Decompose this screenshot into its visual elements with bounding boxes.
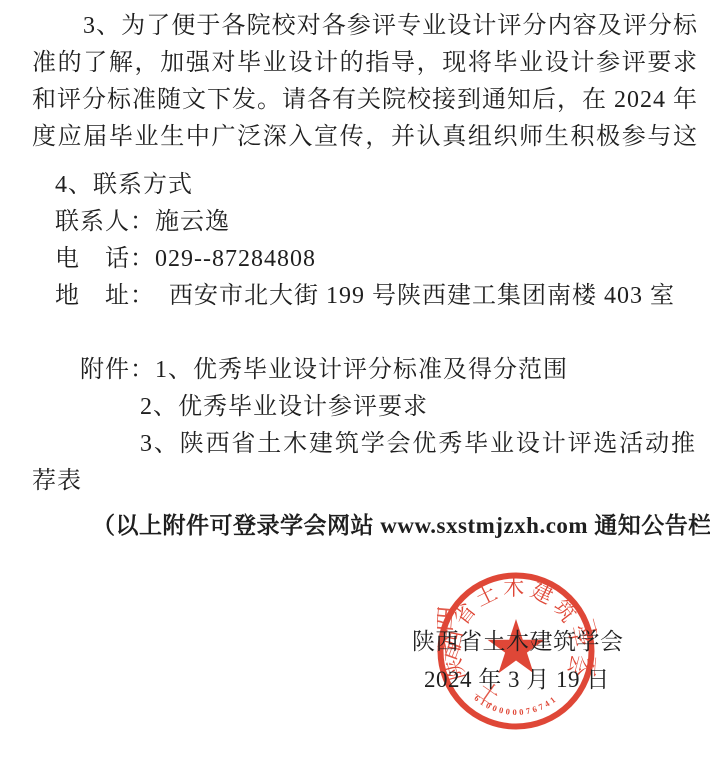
section-4-heading: 4、联系方式 bbox=[55, 167, 700, 204]
signature-date: 2024 年 3 月 19 日 bbox=[424, 661, 610, 694]
contact-phone-number: 029--87284808 bbox=[155, 246, 316, 272]
attachment-item-3: 3、陕西省土木建筑学会优秀毕业设计评选活动推荐表 bbox=[32, 426, 696, 500]
contact-phone-label: 电 话： bbox=[55, 246, 155, 272]
download-note: （以上附件可登录学会网站 www.sxstmjzxh.com 通知公告栏下载） bbox=[92, 507, 700, 540]
contact-address-label: 地 址： bbox=[55, 283, 155, 309]
contact-address-line: 地 址：西安市北大街 199 号陕西建工集团南楼 403 室 bbox=[55, 278, 700, 315]
attachments-section: 附件：1、优秀毕业设计评分标准及得分范围 2、优秀毕业设计参评要求 3、陕西省土… bbox=[0, 352, 710, 500]
contact-person-name: 施云逸 bbox=[155, 209, 230, 235]
signature-organization: 陕西省土木建筑学会 bbox=[412, 623, 624, 656]
document-page: 3、为了便于各院校对各参评专业设计评分内容及评分标准的了解，加强对毕业设计的指导… bbox=[0, 0, 710, 759]
attachment-item-1: 附件：1、优秀毕业设计评分标准及得分范围 bbox=[80, 352, 710, 389]
contact-person-line: 联系人：施云逸 bbox=[55, 204, 700, 241]
contact-phone-line: 电 话：029--87284808 bbox=[55, 241, 700, 278]
contact-address-value: 西安市北大街 199 号陕西建工集团南楼 403 室 bbox=[155, 283, 675, 309]
attachment-item-2: 2、优秀毕业设计参评要求 bbox=[140, 389, 710, 426]
contact-section: 4、联系方式 联系人：施云逸 电 话：029--87284808 地 址：西安市… bbox=[55, 167, 700, 315]
contact-person-label: 联系人： bbox=[55, 209, 155, 235]
paragraph-3: 3、为了便于各院校对各参评专业设计评分内容及评分标准的了解，加强对毕业设计的指导… bbox=[32, 8, 698, 156]
